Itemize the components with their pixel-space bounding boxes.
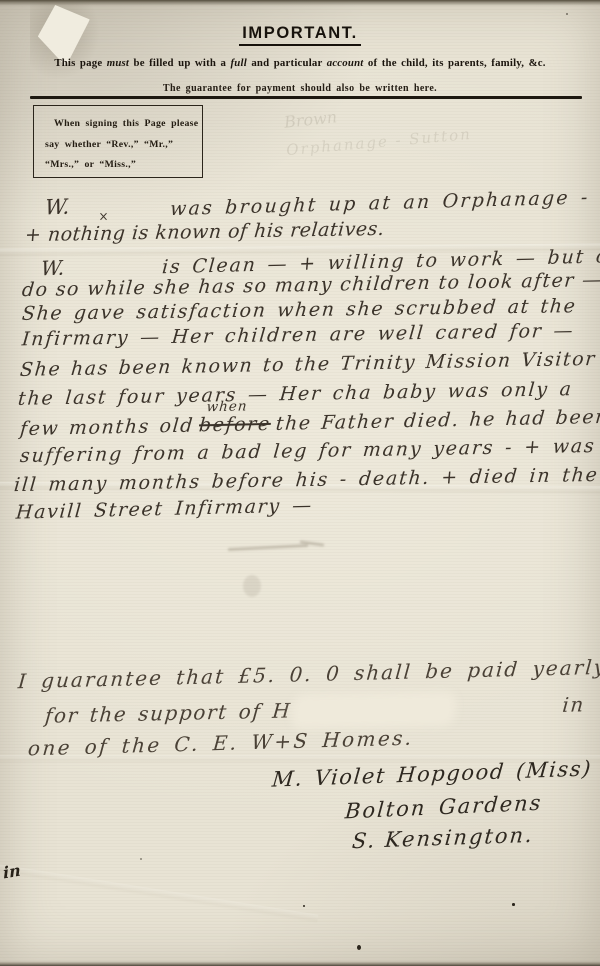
intro-segment: of the child, its parents, family, &c. [364, 57, 546, 69]
handwritten-line: Havill Street Infirmary — [15, 494, 314, 523]
signing-instructions-box: When signing this Page please say whethe… [33, 105, 203, 178]
intro-instruction-line: This page must be filled up with a full … [0, 57, 600, 69]
handwritten-line: She has been known to the Trinity Missio… [19, 347, 600, 381]
intro-segment: and particular [247, 57, 327, 69]
pencil-annotation-line: Orphanage - Sutton [286, 125, 473, 159]
handwritten-segment: few months old [19, 415, 195, 441]
smudge-mark [228, 544, 308, 551]
signature-address-line: Bolton Gardens [344, 791, 543, 824]
sign-box-line: “Mrs.,” or “Miss.,” [45, 155, 193, 176]
handwritten-line: + nothing is known of his relatives. [24, 218, 385, 246]
handwritten-segment: the Father died. he had been [275, 406, 600, 435]
insertion-caret-mark [99, 213, 108, 220]
handwritten-initial: W. [40, 256, 65, 281]
guarantee-line-with-redaction: for the support of Hin [44, 692, 586, 727]
document-page: IMPORTANT. This page must be filled up w… [0, 0, 600, 966]
ink-speck [303, 905, 305, 907]
inserted-word: when [206, 398, 248, 415]
handwritten-line: the last four years — Her cha baby was o… [17, 378, 574, 410]
sign-box-line: say whether “Rev.,” “Mr.,” [45, 135, 193, 156]
intro-segment: be filled up with a [129, 57, 230, 69]
ink-speck [140, 858, 142, 860]
margin-ink-mark: in [2, 860, 21, 882]
sign-box-line: When signing this Page please [45, 114, 193, 135]
intro-emphasis: full [231, 57, 247, 69]
guarantee-note: The guarantee for payment should also be… [0, 83, 600, 94]
ink-speck [566, 13, 568, 15]
handwritten-line-with-correction: few months oldwhenbeforethe Father died.… [19, 406, 600, 440]
ink-speck [512, 903, 515, 906]
guarantee-line: I guarantee that £5. 0. 0 shall be paid … [17, 655, 600, 693]
guarantee-segment: in [561, 692, 585, 717]
signature-address-line: S. Kensington. [351, 823, 535, 853]
intro-emphasis: must [107, 57, 129, 69]
redaction-patch [298, 698, 450, 722]
handwritten-line: suffering from a bad leg for many years … [19, 435, 596, 467]
struck-word: before [198, 413, 272, 437]
ink-speck [357, 945, 361, 950]
header-rule [30, 96, 582, 99]
smudge-mark [243, 575, 261, 597]
intro-emphasis: account [327, 57, 364, 69]
intro-segment: This page [54, 57, 106, 69]
wrinkle [0, 855, 318, 923]
guarantee-segment: for the support of H [44, 698, 292, 727]
handwritten-initial: W. [44, 195, 70, 220]
handwritten-line: Infirmary — Her children are well cared … [21, 320, 575, 351]
important-heading: IMPORTANT. [239, 24, 361, 46]
correction-wrap: whenbefore [198, 413, 272, 437]
pencil-annotation-line: Brown [283, 107, 338, 131]
paper-bottom-edge [0, 961, 600, 966]
important-heading-row: IMPORTANT. [0, 24, 600, 46]
handwritten-line: was brought up at an Orphanage - Sutton [169, 184, 600, 220]
